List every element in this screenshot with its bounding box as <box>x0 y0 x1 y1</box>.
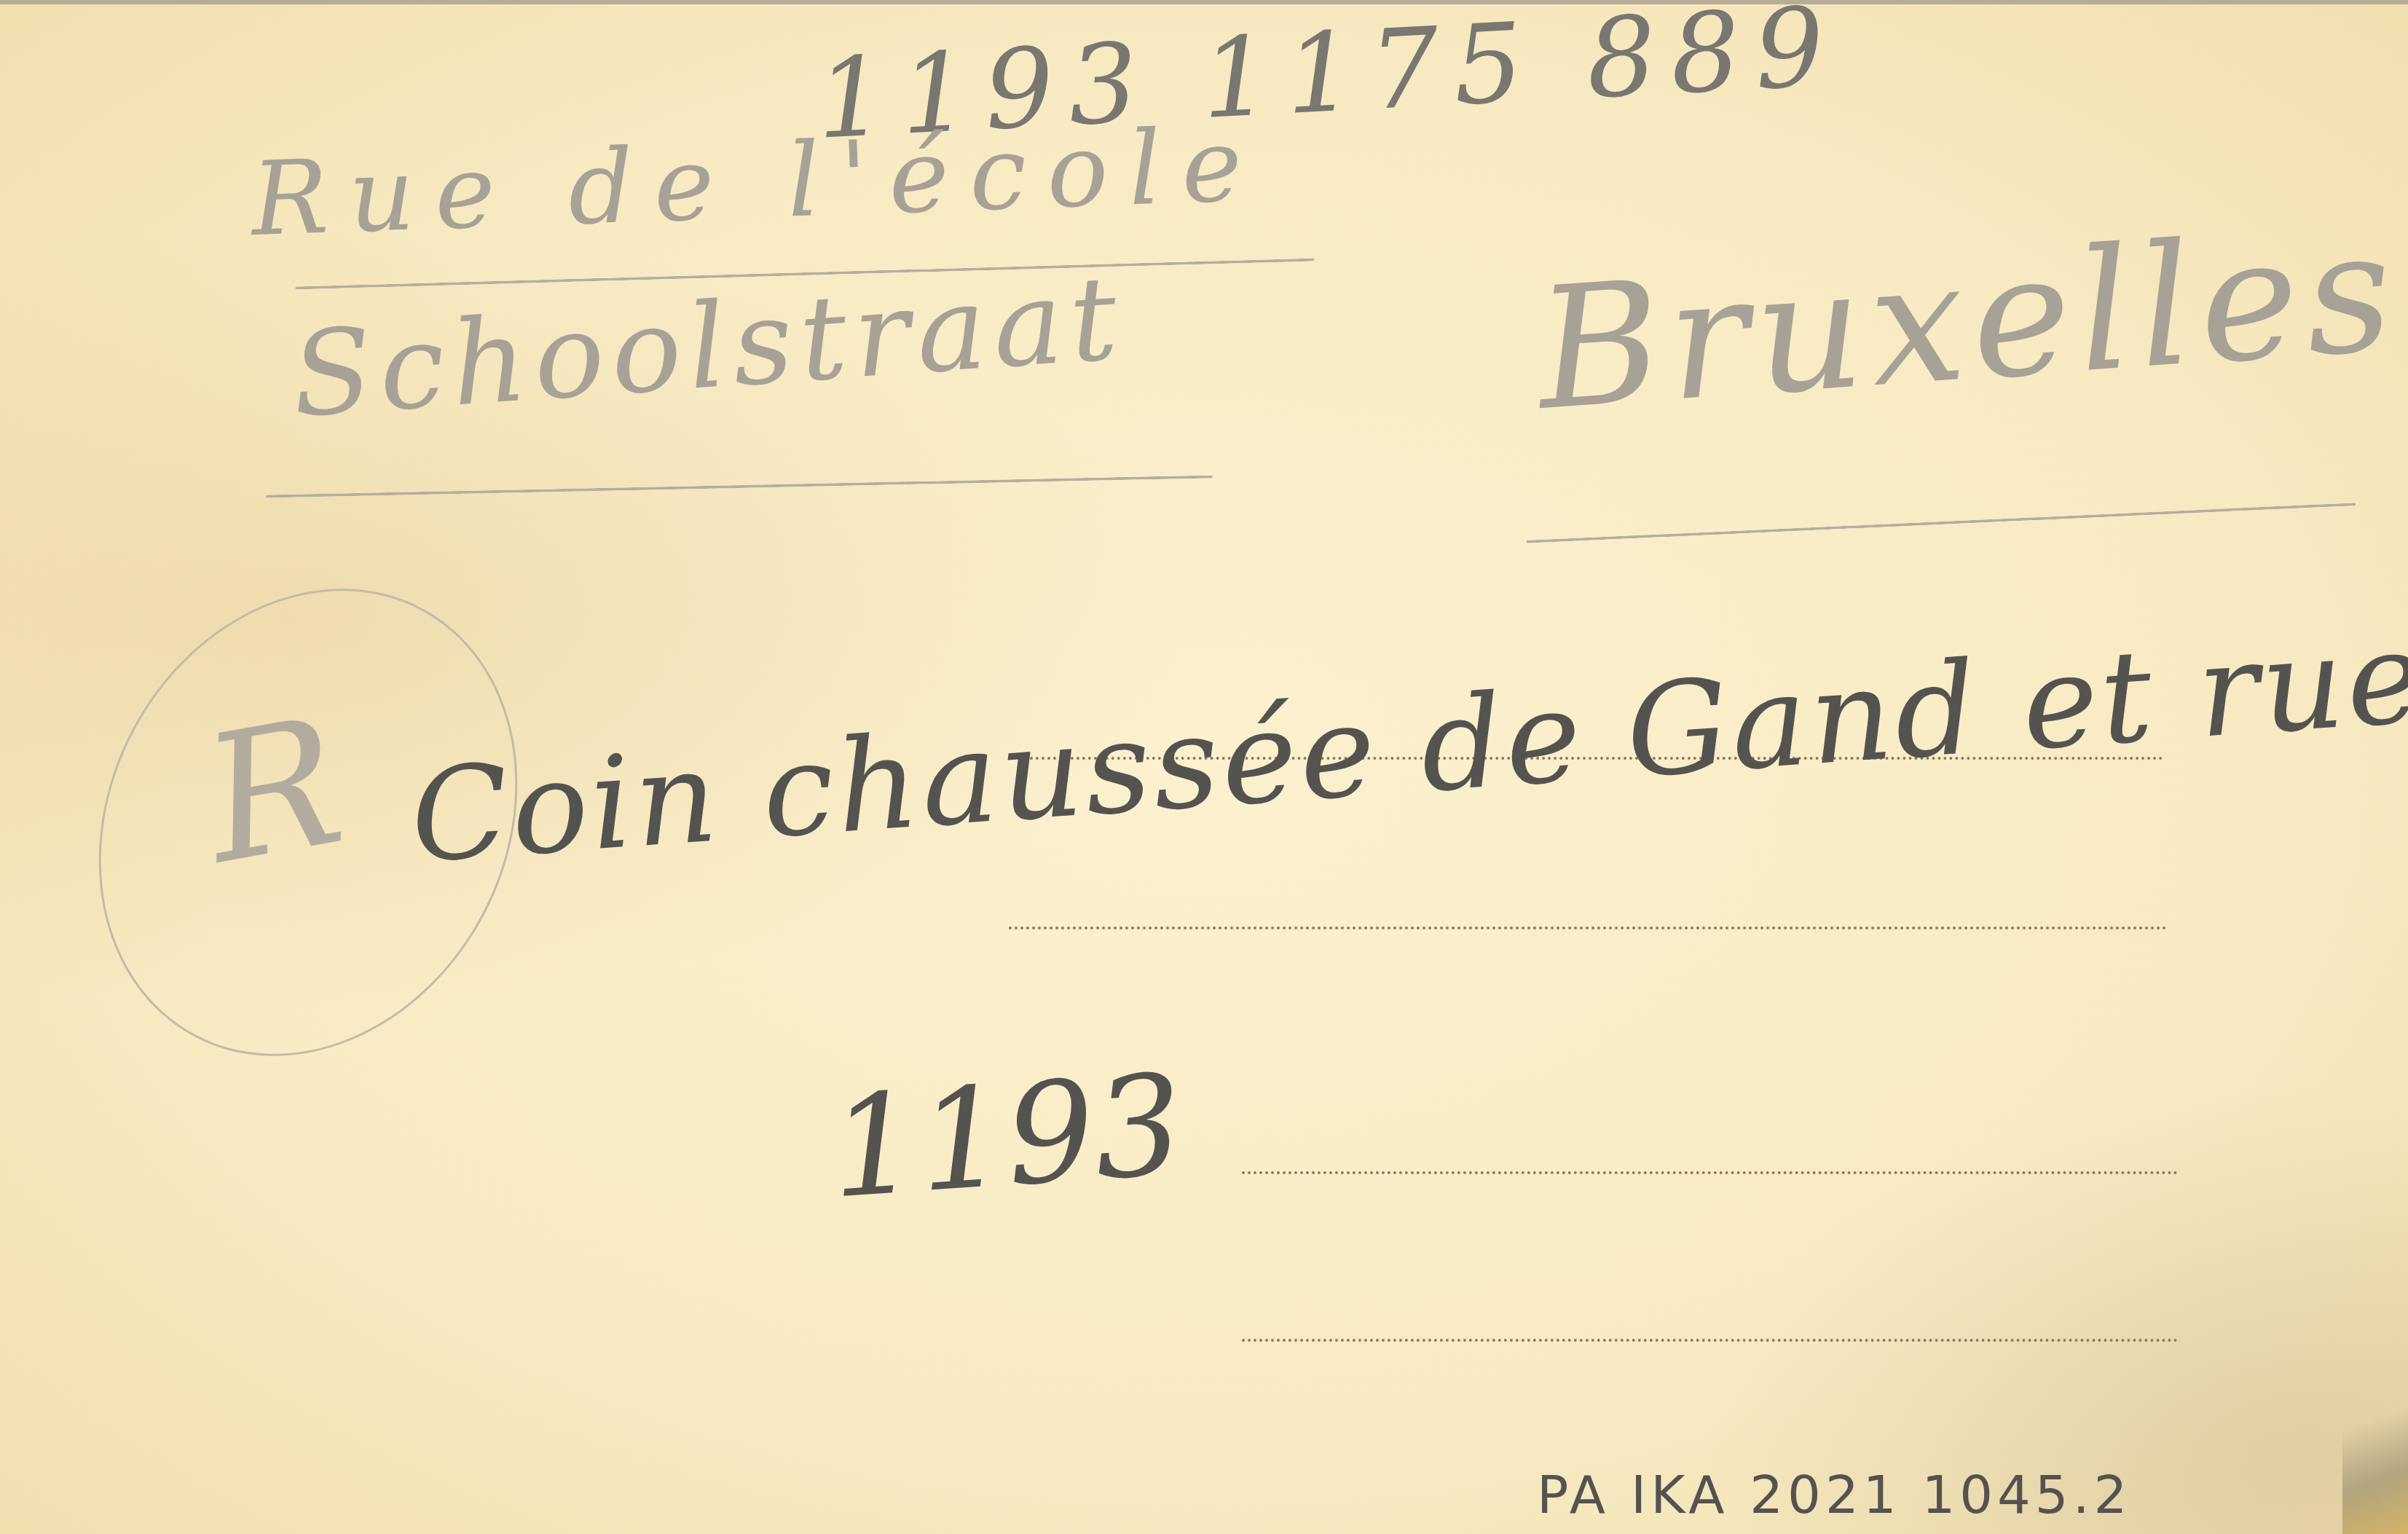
address-dotted-line <box>1242 1339 2178 1342</box>
corner-wear <box>2342 1345 2408 1534</box>
inventory-number: 1193 <box>826 1055 1187 1218</box>
city-underline <box>1526 503 2356 543</box>
city-name: Bruxelles <box>1532 208 2404 435</box>
postcard-back: 1193 1175 889 Rue de l'école Schoolstraa… <box>0 0 2408 1534</box>
street-name-french: Rue de l'école <box>250 114 1264 251</box>
address-dotted-line <box>1009 927 2167 929</box>
archive-reference: PA IKA 2021 1045.2 <box>1537 1468 2131 1521</box>
street-underline-2 <box>266 475 1213 497</box>
location-caption: Coin chaussée de Gand et rue de l'école <box>406 566 2408 882</box>
address-dotted-line <box>1242 1171 2178 1174</box>
